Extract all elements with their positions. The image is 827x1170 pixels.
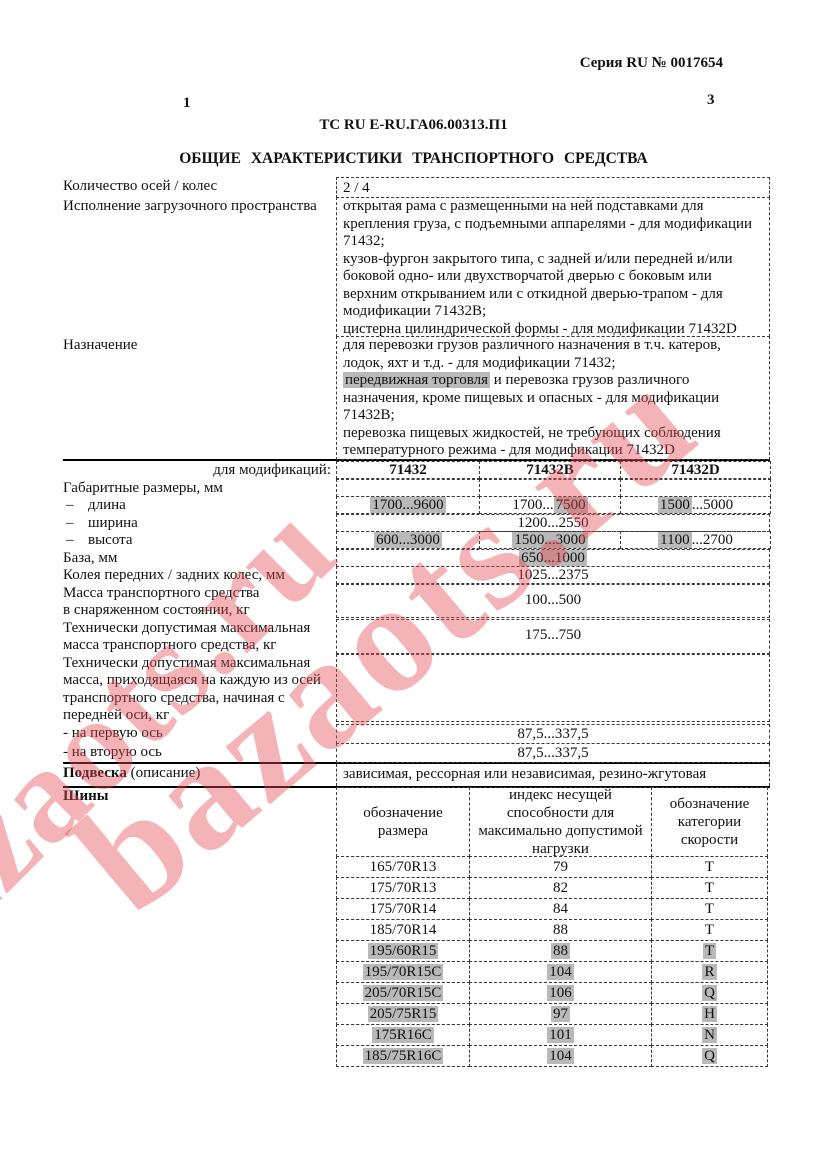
axle-mass-empty-cell <box>336 654 770 722</box>
row-purpose: Назначение для перевозки грузов различно… <box>63 336 770 460</box>
empty-cell <box>620 479 771 497</box>
purpose-label: Назначение <box>63 336 336 460</box>
cargo-space-line: верхним открыванием или с откидной дверь… <box>343 286 769 304</box>
purpose-value: для перевозки грузов различного назначен… <box>336 336 770 460</box>
length-label-text: длина <box>88 497 126 513</box>
modification-71432D: 71432D <box>620 461 771 479</box>
row-first-axle: - на первую ось 87,5...337,5 <box>63 724 770 744</box>
row-suspension: Подвеска (описание) зависимая, рессорная… <box>63 762 770 788</box>
characteristics-table: Количество осей / колес 2 / 4 Исполнение… <box>63 178 770 1067</box>
overall-size-label: Габаритные размеры, мм <box>63 479 336 498</box>
row-overall-size: Габаритные размеры, мм <box>63 479 770 498</box>
cargo-space-label: Исполнение загрузочного пространства <box>63 197 336 337</box>
height-71432D: 1100...2700 <box>620 531 771 549</box>
track-value: 1025...2375 <box>336 566 770 584</box>
modifications-columns: 71432 71432B 71432D <box>336 461 771 479</box>
row-max-mass: Технически допустимая максимальная масса… <box>63 619 770 655</box>
width-label: –ширина <box>63 514 336 533</box>
axle-mass-label: Технически допустимая максимальная масса… <box>63 654 336 725</box>
height-values: 600...3000 1500...3000 1100...2700 <box>336 531 771 549</box>
row-track: Колея передних / задних колес, мм 1025..… <box>63 566 770 585</box>
page-number-left: 1 <box>183 95 191 112</box>
modification-71432: 71432 <box>336 461 480 479</box>
cargo-space-line: открытая рама с размещенными на ней подс… <box>343 198 769 216</box>
tire-row-highlighted: 205/75R15 97 H <box>336 1003 770 1025</box>
series-number: Серия RU № 0017654 <box>580 55 723 72</box>
highlighted-phrase: передвижная торговля <box>343 372 490 388</box>
row-wheelbase: База, мм 650...1000 <box>63 549 770 568</box>
height-label-text: высота <box>88 532 133 548</box>
height-71432: 600...3000 <box>336 531 480 549</box>
document-page: Серия RU № 0017654 1 3 ТС RU E-RU.ГА06.0… <box>0 0 827 1170</box>
row-cargo-space: Исполнение загрузочного пространства отк… <box>63 197 770 337</box>
tire-speed-category-header: обозначение категории скорости <box>651 787 768 857</box>
track-label: Колея передних / задних колес, мм <box>63 566 336 585</box>
cargo-space-line: 71432; <box>343 233 769 251</box>
tire-row-highlighted: 195/70R15C 104 R <box>336 961 770 983</box>
purpose-line: перевозка пищевых жидкостей, не требующи… <box>343 425 769 443</box>
width-value: 1200...2550 <box>336 514 770 532</box>
modification-71432B: 71432B <box>479 461 621 479</box>
suspension-label: Подвеска (описание) <box>63 764 336 786</box>
length-71432: 1700...9600 <box>336 496 480 514</box>
tires-table-header: обозначение размера индекс несущей спосо… <box>336 787 770 857</box>
row-height: –высота 600...3000 1500...3000 1100...27… <box>63 531 770 550</box>
wheelbase-value: 650...1000 <box>336 549 770 567</box>
tire-size-header: обозначение размера <box>336 787 470 857</box>
row-modifications-header: для модификаций: 71432 71432B 71432D <box>63 459 770 480</box>
dash: – <box>63 515 88 533</box>
max-mass-value: 175...750 <box>336 619 770 654</box>
cargo-space-line: крепления груза, с подъемными аппарелями… <box>343 216 769 234</box>
dash: – <box>63 497 88 515</box>
width-label-text: ширина <box>88 515 138 531</box>
row-tires: Шины обозначение размера индекс несущей … <box>63 787 770 1067</box>
height-71432B: 1500...3000 <box>479 531 621 549</box>
tire-row-highlighted: 185/75R16C 104 Q <box>336 1045 770 1067</box>
row-second-axle: - на вторую ось 87,5...337,5 <box>63 743 770 763</box>
row-curb-mass: Масса транспортного средства в снаряженн… <box>63 584 770 620</box>
document-title: ОБЩИЕ ХАРАКТЕРИСТИКИ ТРАНСПОРТНОГО СРЕДС… <box>0 150 827 168</box>
second-axle-value: 87,5...337,5 <box>336 743 770 763</box>
cargo-space-line: кузов-фургон закрытого типа, с задней и/… <box>343 251 769 269</box>
purpose-line: для перевозки грузов различного назначен… <box>343 337 769 355</box>
tire-row-highlighted: 175R16C 101 N <box>336 1024 770 1046</box>
axle-count-value: 2 / 4 <box>336 177 770 198</box>
first-axle-value: 87,5...337,5 <box>336 724 770 744</box>
cargo-space-value: открытая рама с размещенными на ней подс… <box>336 197 770 337</box>
tire-row-highlighted: 195/60R15 88 T <box>336 940 770 962</box>
curb-mass-label: Масса транспортного средства в снаряженн… <box>63 584 336 620</box>
purpose-line: передвижная торговля и перевозка грузов … <box>343 372 769 390</box>
row-axle-mass: Технически допустимая максимальная масса… <box>63 654 770 725</box>
tires-table: обозначение размера индекс несущей спосо… <box>336 787 770 1067</box>
first-axle-label: - на первую ось <box>63 724 336 744</box>
purpose-line: температурного режима - для модификации … <box>343 442 769 460</box>
overall-size-cells <box>336 479 771 497</box>
curb-mass-value: 100...500 <box>336 584 770 618</box>
tire-row-highlighted: 205/70R15C 106 Q <box>336 982 770 1004</box>
tire-row: 185/70R14 88 T <box>336 919 770 941</box>
purpose-line: лодок, яхт и т.д. - для модификации 7143… <box>343 355 769 373</box>
page-number-right: 3 <box>707 92 715 109</box>
purpose-line: 71432B; <box>343 407 769 425</box>
row-width: –ширина 1200...2550 <box>63 514 770 533</box>
length-label: –длина <box>63 496 336 515</box>
tire-load-index-header: индекс несущей способности для максималь… <box>469 787 652 857</box>
cargo-space-line: модификации 71432B; <box>343 303 769 321</box>
max-mass-label: Технически допустимая максимальная масса… <box>63 619 336 655</box>
wheelbase-label: База, мм <box>63 549 336 568</box>
length-values: 1700...9600 1700...7500 1500...5000 <box>336 496 771 514</box>
approval-number: ТС RU E-RU.ГА06.00313.П1 <box>0 117 827 134</box>
purpose-line-rest: и перевозка грузов различного <box>490 372 689 388</box>
row-length: –длина 1700...9600 1700...7500 1500...50… <box>63 496 770 515</box>
empty-cell <box>336 479 480 497</box>
length-71432D: 1500...5000 <box>620 496 771 514</box>
tire-row: 175/70R14 84 T <box>336 898 770 920</box>
row-axle-count: Количество осей / колес 2 / 4 <box>63 177 770 198</box>
cargo-space-line: боковой одно- или двухстворчатой дверью … <box>343 268 769 286</box>
axle-count-label: Количество осей / колес <box>63 177 336 198</box>
second-axle-label: - на вторую ось <box>63 743 336 763</box>
tire-row: 175/70R13 82 T <box>336 877 770 899</box>
length-71432B: 1700...7500 <box>479 496 621 514</box>
tire-row: 165/70R13 79 T <box>336 856 770 878</box>
suspension-value: зависимая, рессорная или независимая, ре… <box>336 764 770 786</box>
empty-cell <box>479 479 621 497</box>
height-label: –высота <box>63 531 336 550</box>
tires-label: Шины <box>63 787 336 1067</box>
dash: – <box>63 532 88 550</box>
purpose-line: назначения, кроме пищевых и опасных - дл… <box>343 390 769 408</box>
modifications-label: для модификаций: <box>63 461 336 480</box>
